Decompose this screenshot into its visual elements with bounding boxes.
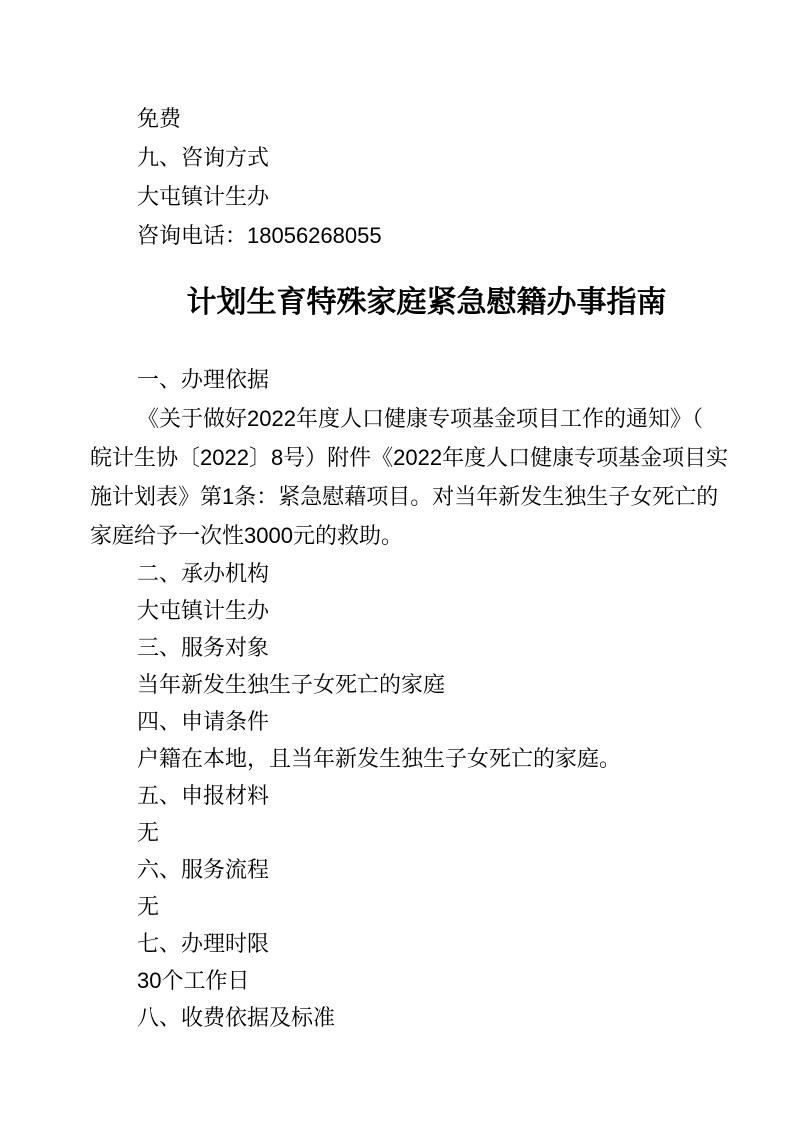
- section-heading-processing-time-limit: 七、办理时限: [90, 925, 723, 962]
- basis-paragraph-line: 家庭给予一次性3000元的救助。: [90, 516, 723, 555]
- processing-time-limit-value: 30个工作日: [90, 962, 723, 999]
- service-process-value: 无: [90, 888, 723, 925]
- prev-section-heading-consult-method: 九、咨询方式: [90, 138, 723, 177]
- basis-paragraph-line: 施计划表》第1条：紧急慰藉项目。对当年新发生独生子女死亡的: [90, 477, 723, 516]
- document-content: 免费 九、咨询方式 大屯镇计生办 咨询电话：18056268055 计划生育特殊…: [0, 0, 793, 1036]
- guide-title: 计划生育特殊家庭紧急慰籍办事指南: [90, 280, 723, 326]
- section-heading-service-process: 六、服务流程: [90, 851, 723, 888]
- section-heading-application-conditions: 四、申请条件: [90, 703, 723, 740]
- prev-section-fee-value: 免费: [90, 99, 723, 138]
- section-heading-service-target: 三、服务对象: [90, 629, 723, 666]
- section-heading-undertaking-org: 二、承办机构: [90, 555, 723, 592]
- undertaking-org-value: 大屯镇计生办: [90, 592, 723, 629]
- basis-paragraph-line: 《关于做好2022年度人口健康专项基金项目工作的通知》（: [90, 399, 723, 438]
- prev-section-consult-phone: 咨询电话：18056268055: [90, 216, 723, 255]
- service-target-value: 当年新发生独生子女死亡的家庭: [90, 666, 723, 703]
- application-materials-value: 无: [90, 814, 723, 851]
- section-heading-fee-basis-standard: 八、收费依据及标准: [90, 999, 723, 1036]
- basis-paragraph-line: 皖计生协〔2022〕8号）附件《2022年度人口健康专项基金项目实: [90, 438, 723, 477]
- prev-section-consult-office: 大屯镇计生办: [90, 177, 723, 216]
- document-page: 免费 九、咨询方式 大屯镇计生办 咨询电话：18056268055 计划生育特殊…: [0, 0, 793, 1122]
- application-conditions-value: 户籍在本地，且当年新发生独生子女死亡的家庭。: [90, 740, 723, 777]
- section-heading-basis: 一、办理依据: [90, 360, 723, 399]
- section-heading-application-materials: 五、申报材料: [90, 777, 723, 814]
